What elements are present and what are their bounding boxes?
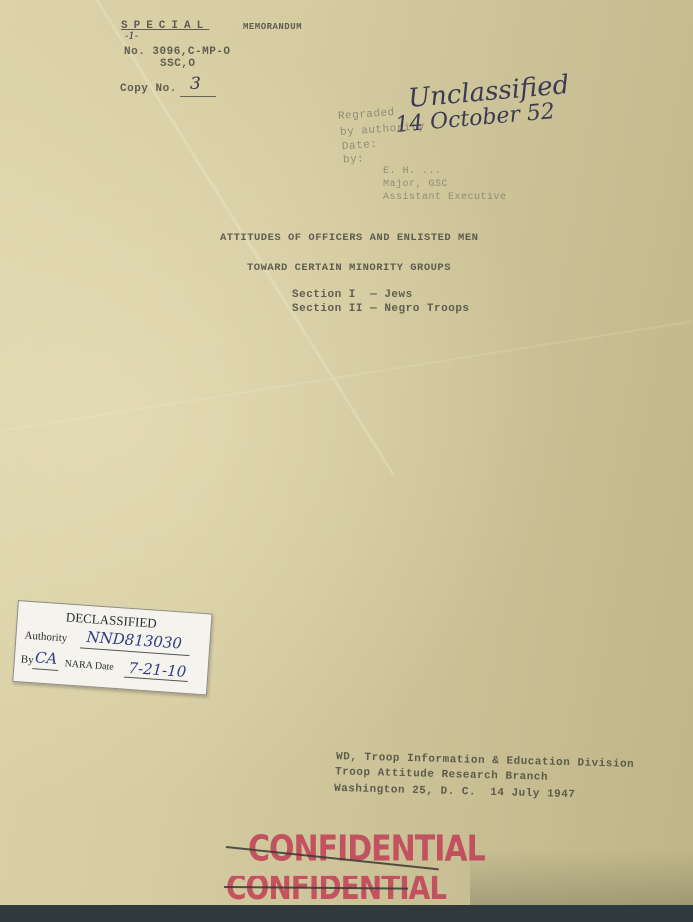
memo-number-line1: No. 3096,C-MP-O [124,46,231,58]
by-value-handwritten: CA [34,648,58,668]
paper-fold-crease [0,320,692,431]
footer-line2: Troop Attitude Research Branch [335,766,548,784]
declassified-heading: DECLASSIFIED [65,609,157,631]
memo-type-memorandum: MEMORANDUM [243,22,302,32]
nara-date-label: NARA Date [64,658,114,672]
section-2: Section II — Negro Troops [292,303,470,315]
declassified-label: DECLASSIFIED Authority NND813030 By CA N… [12,600,212,695]
regraded-label: Regraded [338,107,396,123]
copy-number: 3 [190,74,201,94]
officer-rank: Major, GSC [383,179,448,190]
footer-line3: Washington 25, D. C. 14 July 1947 [334,783,576,801]
by-label: by: [343,153,365,166]
officer-name: E. H. ... [383,166,442,177]
confidential-stamp: CONFIDENTIAL [248,828,485,870]
title-line1: ATTITUDES OF OFFICERS AND ENLISTED MEN [220,232,478,244]
authority-label: Authority [24,630,68,645]
copy-label: Copy No. [120,83,177,95]
copy-number-underline [180,96,216,97]
by-label: By [20,653,34,666]
page-mark: -1- [125,31,138,42]
date-label: Date: [342,139,378,153]
document-page: SPECIAL MEMORANDUM -1- No. 3096,C-MP-O S… [0,0,693,922]
memo-number-line2: SSC,O [160,58,196,70]
officer-title: Assistant Executive [383,192,507,203]
desk-surface [0,905,693,922]
by-line [32,668,58,671]
title-line2: TOWARD CERTAIN MINORITY GROUPS [247,262,451,274]
section-1: Section I — Jews [292,289,413,301]
